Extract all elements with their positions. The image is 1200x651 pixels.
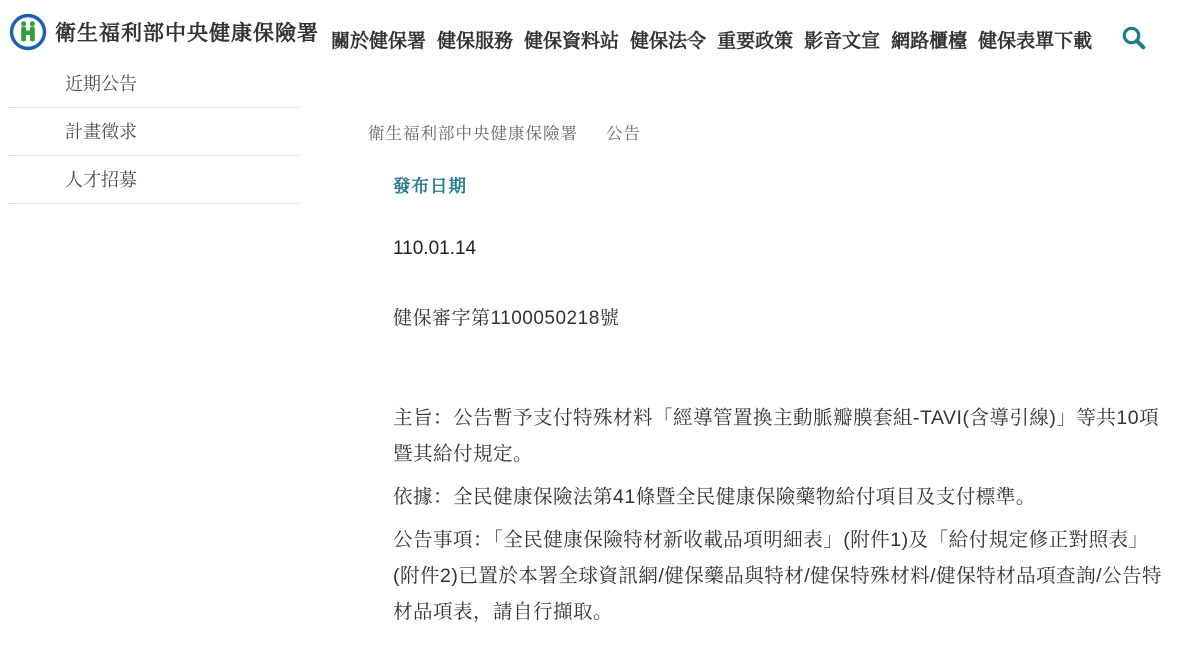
nav-item-data[interactable]: 健保資料站 (524, 26, 619, 53)
nav-item-policies[interactable]: 重要政策 (717, 26, 793, 53)
breadcrumb-site[interactable]: 衛生福利部中央健康保險署 (368, 120, 578, 144)
search-icon (1121, 25, 1147, 51)
paragraph-announcement: 公告事項：「全民健康保險特材新收載品項明細表」(附件1)及「給付規定修正對照表」… (393, 522, 1188, 630)
main-navigation: 關於健保署 健保服務 健保資料站 健保法令 重要政策 影音文宣 網路櫃檯 健保表… (331, 26, 1092, 53)
header-brand[interactable]: 衛生福利部中央健康保險署 (9, 13, 319, 51)
nav-item-media[interactable]: 影音文宣 (804, 26, 880, 53)
document-number: 健保審字第1100050218號 (393, 303, 619, 330)
announcement-body: 主旨：公告暫予支付特殊材料「經導管置換主動脈瓣膜套組-TAVI(含導引線)」等共… (393, 400, 1188, 637)
sidebar-item-project-solicitation[interactable]: 計畫徵求 (8, 108, 300, 156)
paragraph-legal-basis: 依據：全民健康保險法第41條暨全民健康保險藥物給付項目及支付標準。 (393, 479, 1188, 515)
left-sidebar: 近期公告 計畫徵求 人才招募 (8, 60, 300, 204)
breadcrumb: 衛生福利部中央健康保險署 公告 (368, 120, 641, 144)
paragraph-subject: 主旨：公告暫予支付特殊材料「經導管置換主動脈瓣膜套組-TAVI(含導引線)」等共… (393, 400, 1188, 472)
site-title: 衛生福利部中央健康保險署 (55, 17, 319, 47)
search-button[interactable] (1118, 22, 1150, 54)
sidebar-item-recruitment[interactable]: 人才招募 (8, 156, 300, 204)
nav-item-about[interactable]: 關於健保署 (331, 26, 426, 53)
nav-item-laws[interactable]: 健保法令 (630, 26, 706, 53)
sidebar-item-recent-announcements[interactable]: 近期公告 (8, 60, 300, 108)
nav-item-services[interactable]: 健保服務 (437, 26, 513, 53)
publish-date-value: 110.01.14 (393, 238, 476, 260)
publish-date-label: 發布日期 (393, 173, 467, 198)
nav-item-forms[interactable]: 健保表單下載 (978, 26, 1092, 53)
nhi-logo-icon (9, 13, 47, 51)
nav-item-counter[interactable]: 網路櫃檯 (891, 26, 967, 53)
breadcrumb-page: 公告 (606, 120, 641, 144)
site-header: 衛生福利部中央健康保險署 關於健保署 健保服務 健保資料站 健保法令 重要政策 … (0, 0, 1200, 62)
